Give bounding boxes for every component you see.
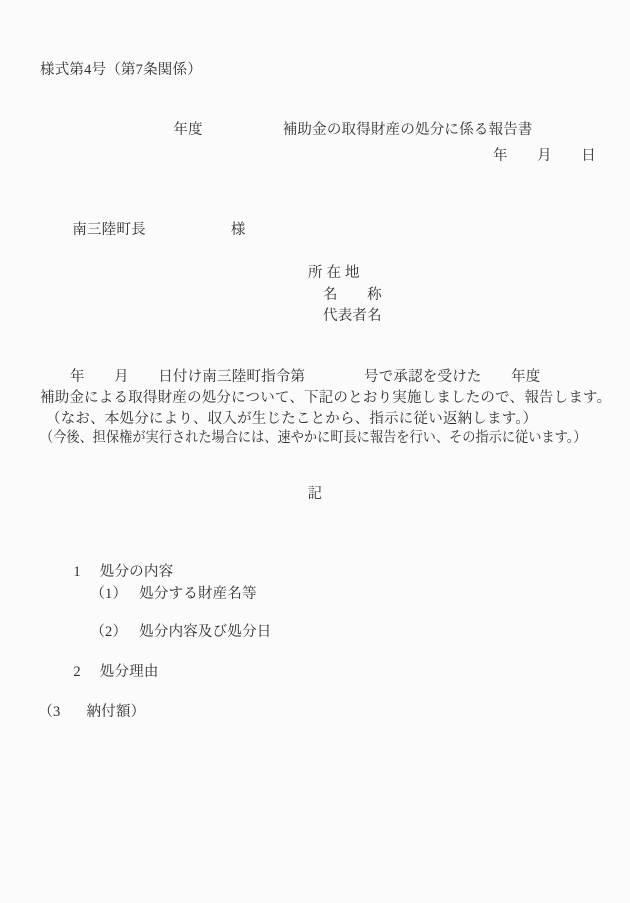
sender-name-label: 名 称 [323,287,382,304]
list-item-3: （3納付額） [23,687,145,737]
item-3-label: 納付額） [86,704,145,720]
sender-address-label: 所 在 地 [308,265,360,282]
body-line-note-security: （今後、担保権が実行された場合には、速やかに町長に報告を行い、その指示に従います… [40,430,587,447]
item-1-2-number: （2） [90,624,127,640]
addressee-line: 南三陸町長様 [57,205,246,255]
date-line: 年 月 日 [493,148,596,165]
item-1-2-label: 処分内容及び処分日 [139,624,271,640]
sender-representative-label: 代表者名 [323,308,382,325]
item-3-number: （3 [38,704,60,720]
addressee-honorific: 様 [231,222,246,238]
body-line-note-return: （なお、本処分により、収入が生じたことから、指示に従い返納します。） [46,411,537,428]
item-2-label: 処分理由 [100,664,159,680]
body-line-report: 補助金による取得財産の処分について、下記のとおり実施しましたので、報告します。 [40,390,611,407]
addressee-name: 南三陸町長 [72,222,146,238]
item-1-1-number: （1） [90,586,127,602]
title-line: 年度補助金の取得財産の処分に係る報告書 [158,105,533,155]
document-title: 補助金の取得財産の処分に係る報告書 [283,122,533,138]
title-year-prefix: 年度 [173,122,202,138]
item-2-number: 2 [73,664,80,680]
record-heading: 記 [0,486,630,503]
report-form-page: 様式第4号（第7条関係） 年度補助金の取得財産の処分に係る報告書 年 月 日 南… [0,0,630,903]
form-number: 様式第4号（第7条関係） [40,62,202,79]
item-1-1-label: 処分する財産名等 [139,586,257,602]
body-line-approval: 年 月 日付け南三陸町指令第 号で承認を受けた 年度 [70,369,540,386]
